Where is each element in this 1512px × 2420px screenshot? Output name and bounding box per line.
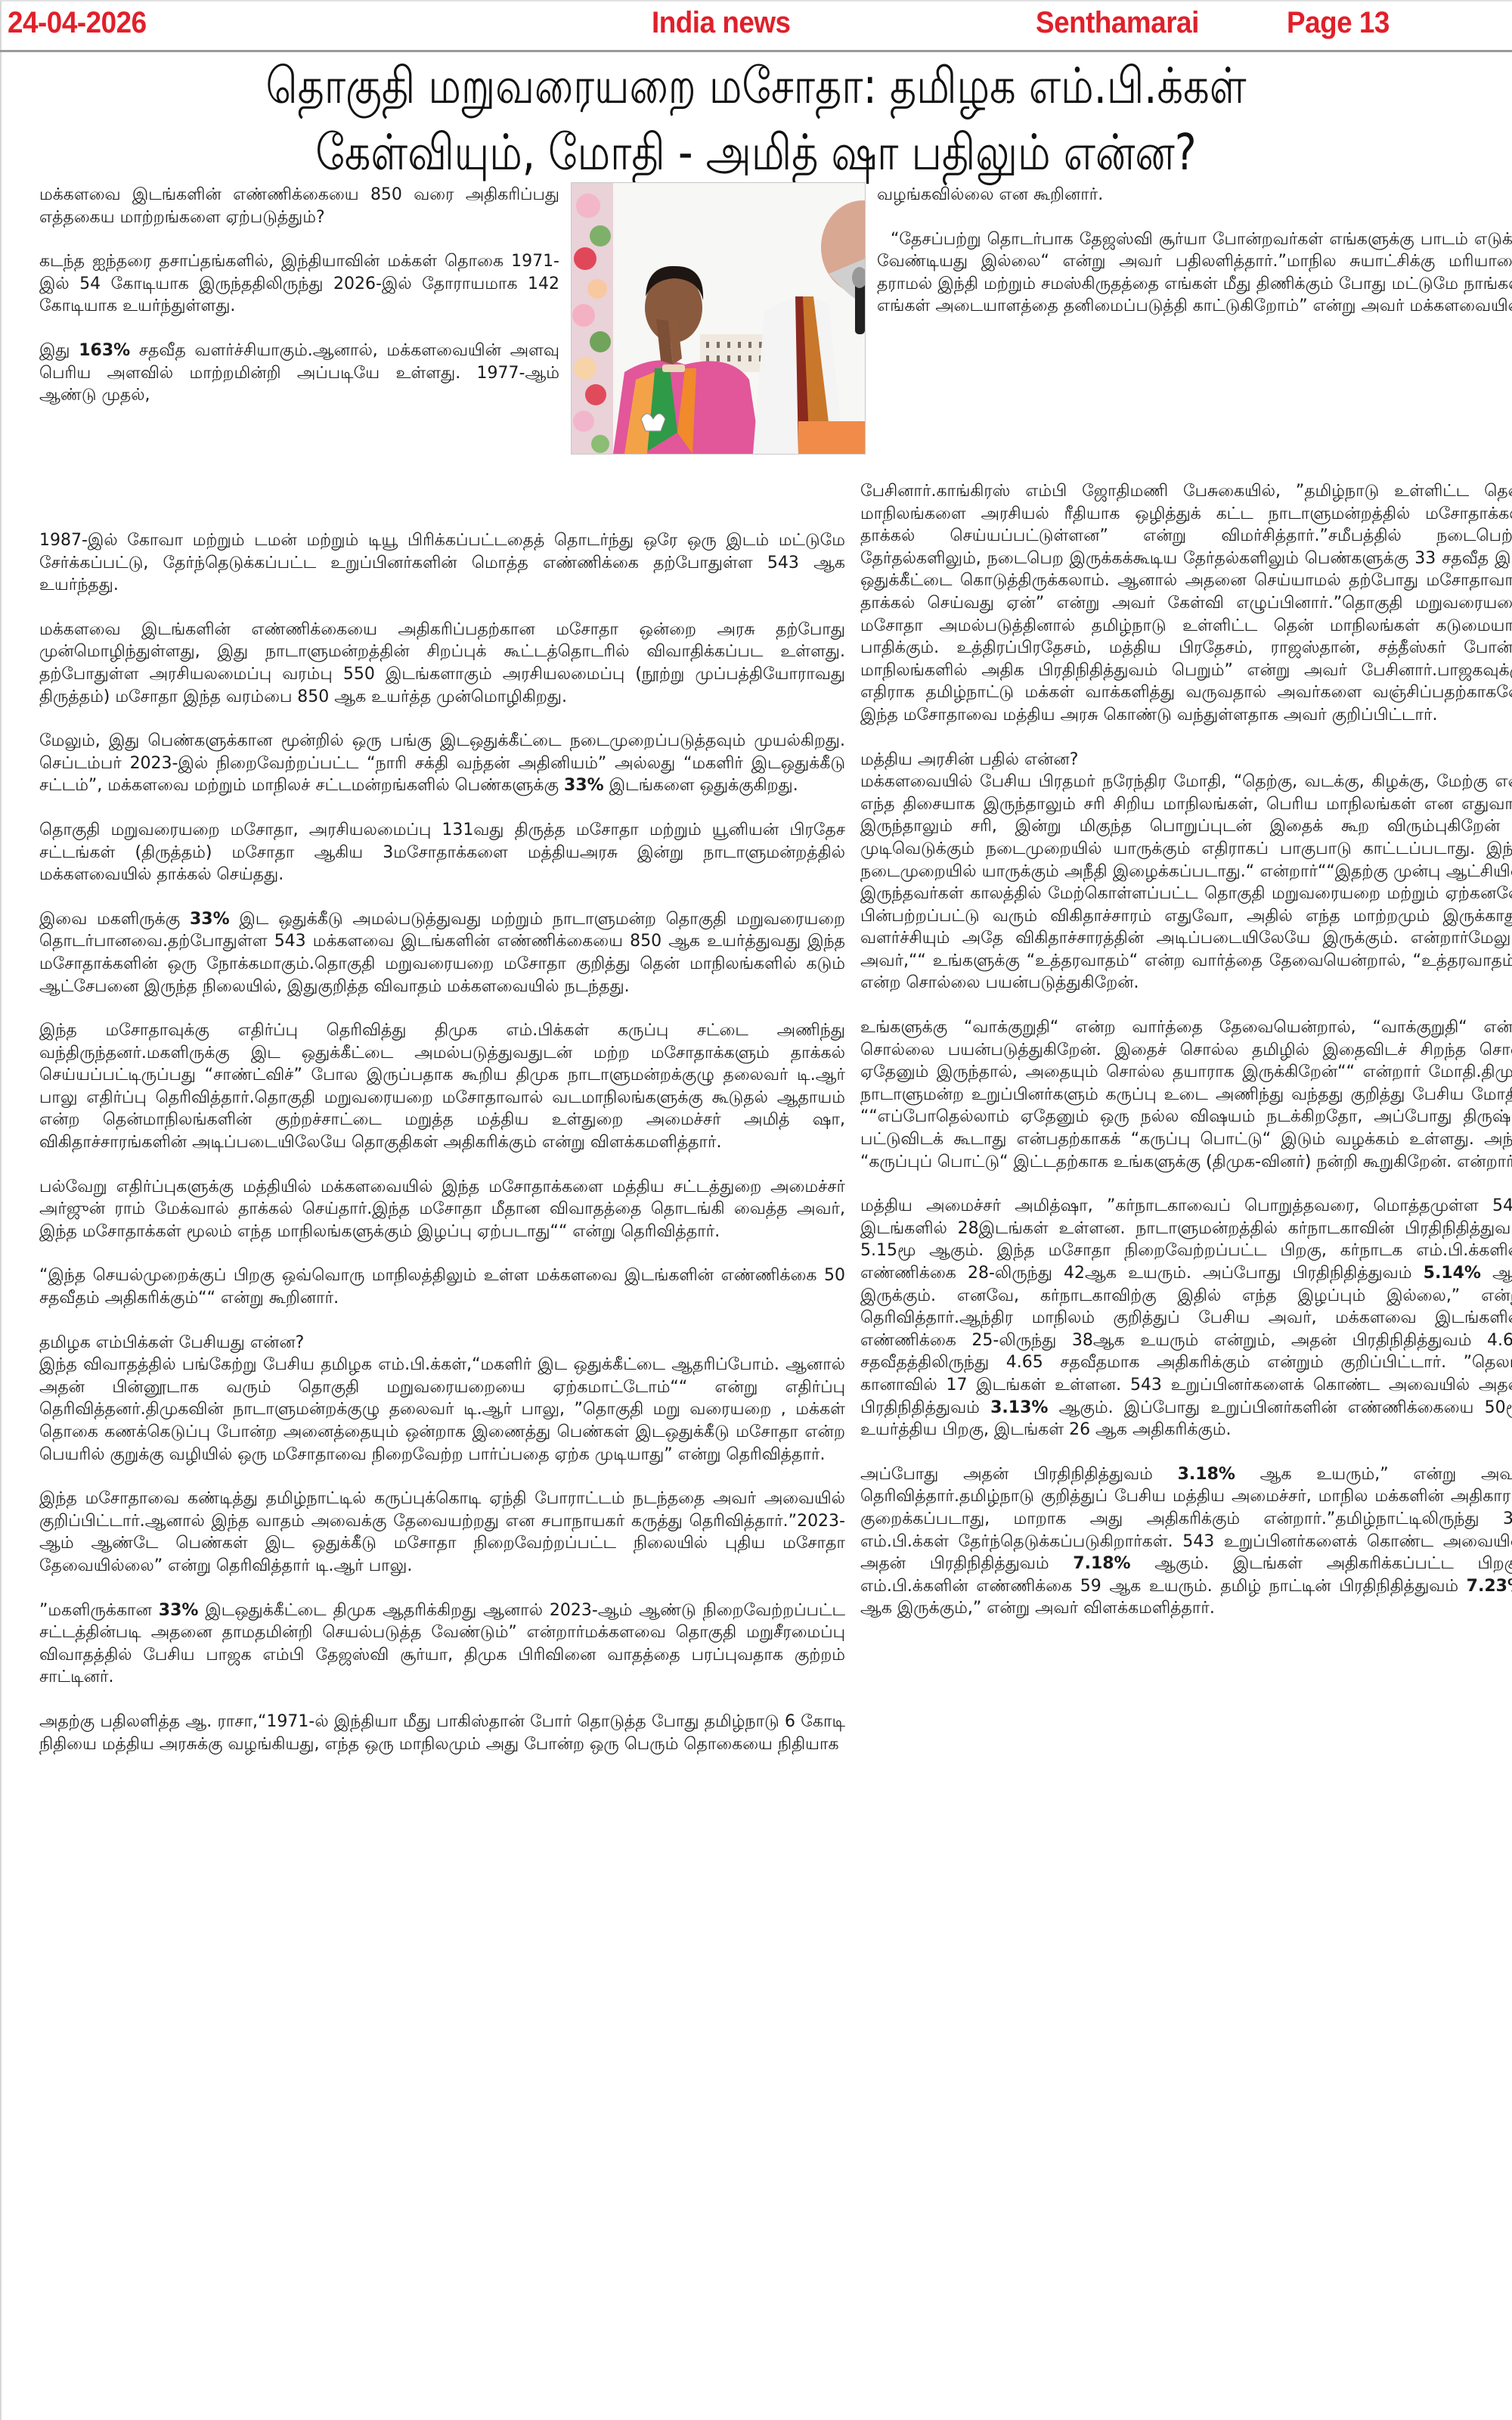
paragraph-modi-black-dot: உங்களுக்கு “வாக்குறுதி“ என்ற வார்த்தை தே… — [860, 1016, 1512, 1173]
section-name: India news — [652, 5, 791, 41]
photo-illustration — [572, 183, 865, 454]
paragraph-bill-proposal: மக்களவை இடங்களின் எண்ணிக்கையை அதிகரிப்பத… — [39, 619, 845, 708]
paragraph-raja: அதற்கு பதிலளித்த ஆ. ராசா,“1971-ல் இந்திய… — [39, 1711, 845, 1755]
subheading-tn-mps: தமிழக எம்பிக்கள் பேசியது என்ன? — [39, 1332, 845, 1354]
paragraph-amit-shah-tamilnadu: அப்போது அதன் பிரதிநிதித்துவம் 3.18% ஆக உ… — [860, 1463, 1512, 1620]
subheading-central-govt: மத்திய அரசின் பதில் என்ன? — [860, 749, 1512, 771]
stat-33-percent: 33% — [159, 1601, 199, 1620]
paragraph-tejasvi: ”மகளிருக்கான 33% இடஒதுக்கீட்டை திமுக ஆதர… — [39, 1599, 845, 1689]
right-column-intro: வழங்கவில்லை என கூறினார். “தேசப்பற்று தொட… — [877, 184, 1512, 318]
headline-line-2: கேள்வியும், மோதி - அமித் ஷா பதிலும் என்ன… — [136, 119, 1376, 186]
article-headline: தொகுதி மறுவரையறை மசோதா: தமிழக எம்.பி.க்க… — [136, 53, 1376, 186]
subsection-central-govt: மத்திய அரசின் பதில் என்ன?மக்களவையில் பேச… — [860, 749, 1512, 995]
paragraph-population: கடந்த ஐந்தரை தசாப்தங்களில், இந்தியாவின் … — [39, 250, 559, 318]
stat-5-14-percent: 5.14% — [1424, 1264, 1481, 1283]
paragraph-amit-shah-karnataka: மத்திய அமைச்சர் அமித்ஷா, ”கர்நாடகாவைப் ப… — [860, 1195, 1512, 1441]
newspaper-name: Senthamarai — [1036, 5, 1199, 41]
issue-date: 24-04-2026 — [8, 5, 147, 41]
stat-33-percent: 33% — [564, 776, 604, 795]
paragraph-black-flag: இந்த மசோதாவை கண்டித்து தமிழ்நாட்டில் கரு… — [39, 1488, 845, 1577]
section-question: மக்களவை இடங்களின் எண்ணிக்கையை 850 வரை அத… — [39, 184, 559, 228]
paragraph-three-bills: தொகுதி மறுவரையறை மசோதா, அரசியலமைப்பு 131… — [39, 819, 845, 886]
stat-3-18-percent: 3.18% — [1178, 1465, 1235, 1484]
stat-3-13-percent: 3.13% — [990, 1398, 1048, 1417]
paragraph-543: 1987-இல் கோவா மற்றும் டமன் மற்றும் டியூ … — [39, 529, 845, 597]
article-photo — [571, 182, 866, 455]
stat-163-percent: 163% — [79, 341, 130, 360]
left-column-intro: மக்களவை இடங்களின் எண்ணிக்கையை 850 வரை அத… — [39, 184, 559, 407]
masthead: 24-04-2026 India news Senthamarai Page 1… — [0, 0, 1512, 52]
flower-garland — [572, 183, 613, 454]
paragraph-meghwal: பல்வேறு எதிர்ப்புகளுக்கு மத்தியில் மக்கள… — [39, 1176, 845, 1243]
headline-line-1: தொகுதி மறுவரையறை மசோதா: தமிழக எம்.பி.க்க… — [136, 53, 1376, 119]
stat-7-23-percent: 7.23% — [1467, 1577, 1512, 1596]
paragraph-dmk-protest: இந்த மசோதாவுக்கு எதிர்ப்பு தெரிவித்து தி… — [39, 1019, 845, 1154]
right-column: பேசினார்.காங்கிரஸ் எம்பி ஜோதிமணி பேசுகைய… — [860, 480, 1512, 1620]
stat-33-percent: 33% — [190, 910, 230, 929]
subsection-tn-mps: தமிழக எம்பிக்கள் பேசியது என்ன?இந்த விவாத… — [39, 1332, 845, 1466]
paragraph-jothimani: பேசினார்.காங்கிரஸ் எம்பி ஜோதிமணி பேசுகைய… — [860, 480, 1512, 727]
left-column: 1987-இல் கோவா மற்றும் டமன் மற்றும் டியூ … — [39, 529, 845, 1755]
stat-7-18-percent: 7.18% — [1073, 1554, 1130, 1573]
paragraph-debate: இவை மகளிருக்கு 33% இட ஒதுக்கீடு அமல்படுத… — [39, 908, 845, 997]
paragraph-women-reservation: மேலும், இது பெண்களுக்கான மூன்றில் ஒரு பங… — [39, 730, 845, 797]
paragraph-growth: இது 163% சதவீத வளர்ச்சியாகும்.ஆனால், மக்… — [39, 340, 559, 407]
paragraph-continued: வழங்கவில்லை என கூறினார். — [877, 184, 1512, 206]
page-number: Page 13 — [1287, 5, 1390, 41]
paragraph-patriotism: “தேசப்பற்று தொடர்பாக தேஜஸ்வி சூர்யா போன்… — [877, 228, 1512, 318]
paragraph-50-percent: “இந்த செயல்முறைக்குப் பிறகு ஒவ்வொரு மாநி… — [39, 1264, 845, 1309]
